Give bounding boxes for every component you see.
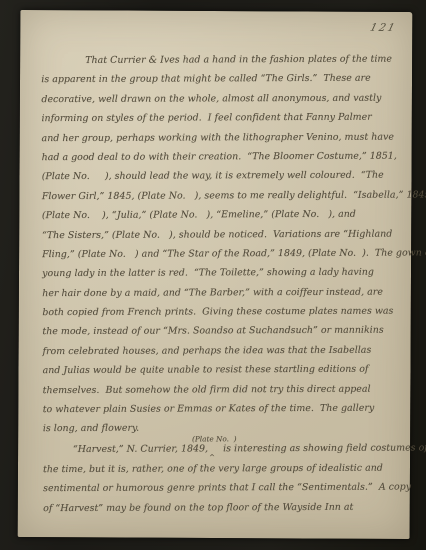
manuscript-line: the mode, instead of our “Mrs. Soandso a…: [42, 321, 412, 342]
manuscript-line: her hair done by a maid, and “The Barber…: [42, 282, 412, 303]
manuscript-line: and Julias would be quite unable to resi…: [43, 360, 413, 381]
manuscript-line: (Plate No. ), “Julia,” (Plate No. ), “Em…: [42, 205, 412, 226]
manuscript-line: young lady in the latter is red. “The To…: [42, 263, 412, 284]
manuscript-line: of “Harvest” may be found on the top flo…: [43, 497, 413, 518]
manuscript-line: That Currier & Ives had a hand in the fa…: [41, 49, 411, 70]
manuscript-text: That Currier & Ives had a hand in the fa…: [41, 49, 413, 518]
manuscript-line: from celebrated houses, and perhaps the …: [42, 340, 412, 361]
manuscript-line: had a good deal to do with their creatio…: [42, 146, 412, 167]
manuscript-line: sentimental or humorous genre prints tha…: [43, 478, 413, 499]
page-number: 121: [369, 22, 398, 34]
interline-insertion: (Plate No. )^: [208, 442, 220, 452]
manuscript-line: decorative, well drawn on the whole, alm…: [41, 88, 411, 109]
caret-mark: ^: [209, 449, 215, 468]
manuscript-page: 121 That Currier & Ives had a hand in th…: [18, 10, 413, 539]
manuscript-line: informing on styles of the period. I fee…: [41, 108, 411, 129]
manuscript-line: Fling,” (Plate No. ) and “The Star of th…: [42, 243, 412, 264]
photo-backdrop: 121 That Currier & Ives had a hand in th…: [0, 0, 426, 550]
insertion-plate-no: (Plate No. ): [192, 435, 236, 443]
manuscript-line: “The Sisters,” (Plate No. ), should be n…: [42, 224, 412, 245]
manuscript-line: (Plate No. ), should lead the way, it is…: [42, 166, 412, 187]
manuscript-line-harvest: “Harvest,” N. Currier, 1849,(Plate No. )…: [43, 439, 413, 460]
manuscript-line: both copied from French prints. Giving t…: [42, 302, 412, 323]
manuscript-line: is apparent in the group that might be c…: [41, 69, 411, 90]
manuscript-line: the time, but it is, rather, one of the …: [43, 458, 413, 479]
manuscript-line: and her group, perhaps working with the …: [42, 127, 412, 148]
manuscript-line: themselves. But somehow the old firm did…: [43, 379, 413, 400]
harvest-line-after: is interesting as showing field costumes…: [220, 443, 426, 455]
manuscript-line: to whatever plain Susies or Emmas or Kat…: [43, 399, 413, 420]
harvest-line-before: “Harvest,” N. Currier, 1849,: [73, 444, 208, 456]
manuscript-line: Flower Girl,” 1845, (Plate No. ), seems …: [42, 185, 412, 206]
